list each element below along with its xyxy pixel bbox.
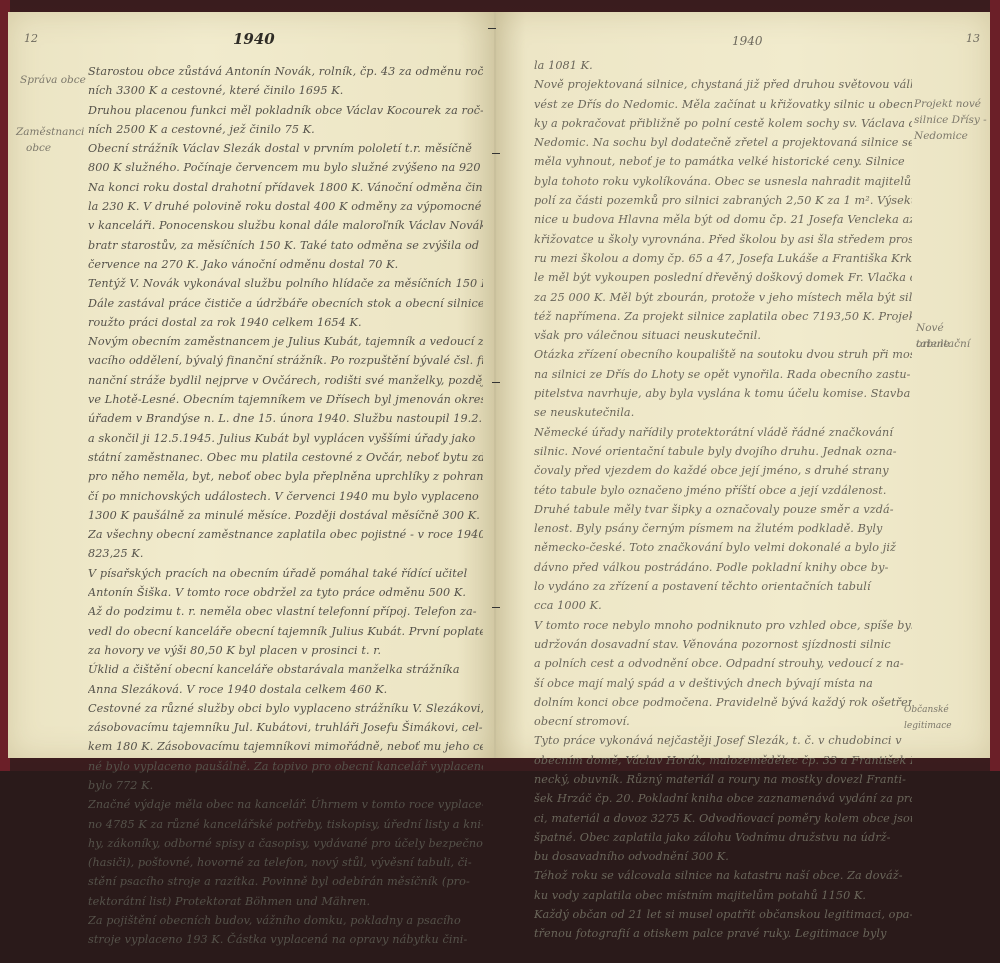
text-line: kem 180 K. Zásobovacímu tajemníkovi mimo… [88, 737, 483, 756]
text-line: Starostou obce zůstává Antonín Novák, ro… [88, 62, 483, 81]
text-line: lo vydáno za zřízení a postavení těchto … [534, 577, 912, 596]
left-page: 12 1940 Správa obce Zaměstnanci obce Sta… [8, 12, 496, 758]
text-line: 823,25 K. [88, 544, 483, 563]
text-line: lenost. Byly psány černým písmem na žlut… [534, 519, 912, 538]
open-ledger-book: 12 1940 Správa obce Zaměstnanci obce Sta… [0, 0, 1000, 771]
ruler-tick [492, 607, 500, 608]
text-line: Nedomic. Na sochu byl dodatečně zřetel a… [534, 133, 912, 152]
text-line: Nově projektovaná silnice, chystaná již … [534, 75, 912, 94]
margin-note-projekt-silnice: Projekt nové [914, 96, 981, 112]
text-line: za hovory ve výši 80,50 K byl placen v p… [88, 641, 483, 660]
margin-note-zamestnanci: Zaměstnanci [16, 124, 84, 140]
text-line: německo-české. Toto značkování bylo velm… [534, 538, 912, 557]
text-line: ních 3300 K a cestovné, které činilo 169… [88, 81, 483, 100]
text-line: la 230 K. V druhé polovině roku dostal 4… [88, 197, 483, 216]
text-line: ší obce mají malý spád a v deštivých dne… [534, 674, 912, 693]
text-line: ru mezi školou a domy čp. 65 a 47, Josef… [534, 249, 912, 268]
text-line: nanční stráže bydlil nejprve v Ovčárech,… [88, 371, 483, 390]
margin-note-sprava-obce: Správa obce [20, 72, 86, 88]
text-line: této tabule bylo označeno jméno příští o… [534, 481, 912, 500]
text-line: Dále zastával práce čističe a údržbáře o… [88, 294, 483, 313]
text-line: Obecní strážník Václav Slezák dostal v p… [88, 139, 483, 158]
text-line: Až do podzimu t. r. neměla obec vlastní … [88, 602, 483, 621]
text-line: bratr starostův, za měsíčních 150 K. Tak… [88, 236, 483, 255]
margin-note-orientacni-tabule-2: tabule [916, 336, 950, 352]
text-line: 1300 K paušálně za minulé měsíce. Pozděj… [88, 506, 483, 525]
text-line: dávno před válkou postrádáno. Podle pokl… [534, 558, 912, 577]
text-line: V písařských pracích na obecním úřadě po… [88, 564, 483, 583]
text-line: pro něho neměla, byt, neboť obec byla př… [88, 467, 483, 486]
text-line: Za všechny obecní zaměstnance zaplatila … [88, 525, 483, 544]
text-line: la 1081 K. [534, 56, 912, 75]
text-line: 800 K služného. Počínaje červencem mu by… [88, 158, 483, 177]
text-line: roužto práci dostal za rok 1940 celkem 1… [88, 313, 483, 332]
text-line: července na 270 K. Jako vánoční odměnu d… [88, 255, 483, 274]
text-line: čovaly před vjezdem do každé obce její j… [534, 461, 912, 480]
margin-note-obcanske-legitimace: Občanské legitimace [904, 702, 990, 734]
text-line: Úklid a čištění obecní kanceláře obstará… [88, 660, 483, 679]
text-line: V tomto roce nebylo mnoho podniknuto pro… [534, 616, 912, 635]
text-line: se neuskutečnila. [534, 403, 912, 422]
cover-edge-right [990, 0, 1000, 771]
text-line: Novým obecním zaměstnancem je Julius Kub… [88, 332, 483, 351]
right-page: 1940 13 Projekt nové silnice Dřísy - Ned… [496, 12, 990, 758]
text-line: vacího oddělení, bývalý finanční strážní… [88, 351, 483, 370]
right-page-text: la 1081 K. Nově projektovaná silnice, ch… [534, 56, 912, 771]
text-line: Cestovné za různé služby obci bylo vypla… [88, 699, 483, 718]
text-line: udržován dosavadní stav. Věnována pozorn… [534, 635, 912, 654]
page-number: 12 [24, 32, 38, 45]
text-line: ních 2500 K a cestovné, jež činilo 75 K. [88, 120, 483, 139]
ruler-tick [492, 382, 500, 383]
text-line: silnic. Nové orientační tabule byly dvoj… [534, 442, 912, 461]
text-line: a skončil ji 12.5.1945. Julius Kubát byl… [88, 429, 483, 448]
text-line: křižovatce u školy vyrovnána. Před školo… [534, 230, 912, 249]
text-line: v kanceláři. Ponocenskou službu konal dá… [88, 216, 483, 235]
text-line: nice u budova Hlavna měla být od domu čp… [534, 210, 912, 229]
text-line: měla vyhnout, neboť je to památka velké … [534, 152, 912, 171]
ruler-tick [492, 153, 500, 154]
text-line: a polních cest a odvodnění obce. Odpadní… [534, 654, 912, 673]
text-line: cca 1000 K. [534, 596, 912, 615]
text-line: ve Lhotě-Lesné. Obecním tajemníkem ve Dř… [88, 390, 483, 409]
text-line: obecním domě, Václav Horák, malozeměděle… [534, 751, 912, 770]
text-line: státní zaměstnanec. Obec mu platila cest… [88, 448, 483, 467]
text-line: Německé úřady nařídily protektorátní vlá… [534, 423, 912, 442]
text-line: ky a pokračovat přibližně po polní cestě… [534, 114, 912, 133]
text-line: zásobovacímu tajemníku Jul. Kubátovi, tr… [88, 718, 483, 737]
text-line: Tyto práce vykonává nejčastěji Josef Sle… [534, 731, 912, 750]
left-page-text: Starostou obce zůstává Antonín Novák, ro… [88, 62, 483, 771]
ruler-tick [488, 28, 496, 29]
text-line: Anna Slezáková. V roce 1940 dostala celk… [88, 680, 483, 699]
text-line: le měl být vykoupen poslední dřevěný doš… [534, 268, 912, 287]
text-line: obecní stromoví. [534, 712, 912, 731]
text-line: Druhé tabule měly tvar šipky a označoval… [534, 500, 912, 519]
text-line: čí po mnichovských událostech. V červenc… [88, 487, 483, 506]
margin-note-projekt-silnice-3: Nedomice [914, 128, 968, 144]
text-line: též napřímena. Za projekt silnice zaplat… [534, 307, 912, 326]
text-line: úřadem v Brandýse n. L. dne 15. února 19… [88, 409, 483, 428]
text-line: na silnici ze Dřís do Lhoty se opět vyno… [534, 365, 912, 384]
page-number: 13 [966, 32, 980, 45]
text-line: polí za části pozemků pro silnici zabran… [534, 191, 912, 210]
margin-note-projekt-silnice-2: silnice Dřísy - [914, 112, 987, 128]
text-line: né bylo vyplaceno paušálně. Za topivo pr… [88, 757, 483, 771]
text-line: Druhou placenou funkci měl pokladník obc… [88, 101, 483, 120]
text-line: pitelstva navrhuje, aby byla vyslána k t… [534, 384, 912, 403]
text-line: dolním konci obce podmočena. Pravidelně … [534, 693, 912, 712]
text-line: vést ze Dřís do Nedomic. Měla začínat u … [534, 95, 912, 114]
text-line: byla tohoto roku vykolíkována. Obec se u… [534, 172, 912, 191]
margin-note-obce: obce [26, 140, 51, 156]
text-line: Antonín Šiška. V tomto roce obdržel za t… [88, 583, 483, 602]
text-line: Na konci roku dostal drahotní přídavek 1… [88, 178, 483, 197]
text-line: Tentýž V. Novák vykonával službu polního… [88, 274, 483, 293]
text-line: Otázka zřízení obecního koupaliště na so… [534, 345, 912, 364]
year-header: 1940 [732, 34, 763, 48]
year-header: 1940 [233, 30, 275, 48]
text-line: vedl do obecní kanceláře obecní tajemník… [88, 622, 483, 641]
text-line: však pro válečnou situaci neuskutečnil. [534, 326, 912, 345]
text-line: za 25 000 K. Měl být zbourán, protože v … [534, 288, 912, 307]
